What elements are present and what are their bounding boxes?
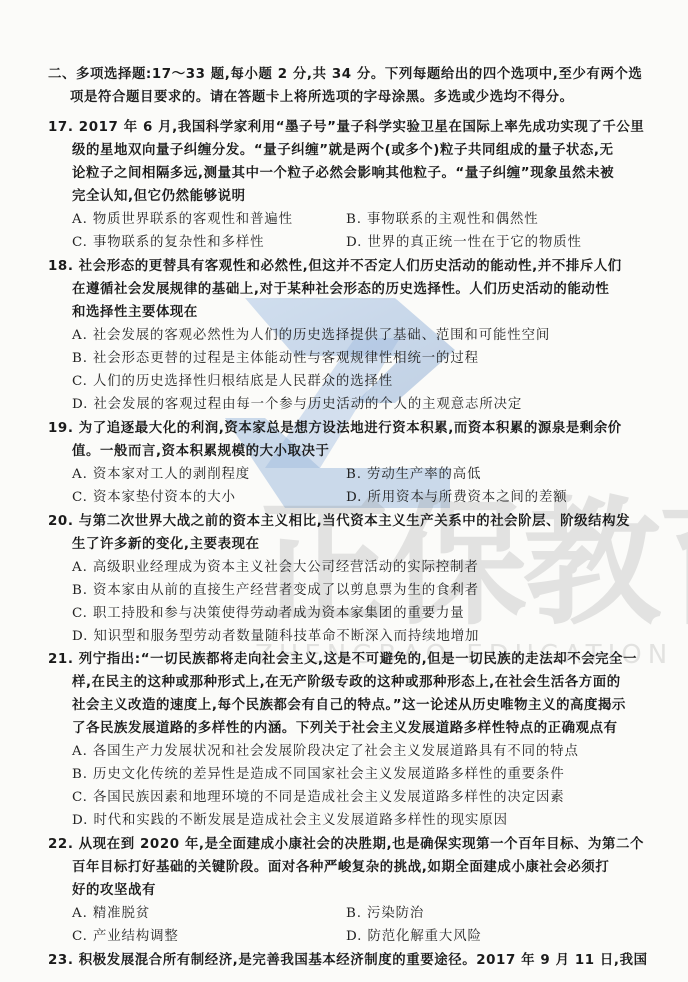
- option-d: D. 所用资本与所费资本之间的差额: [346, 489, 568, 507]
- option-d: D. 世界的真正统一性在于它的物质性: [346, 234, 582, 252]
- question-stem-line: 了各民族发展道路的多样性的内涵。下列关于社会主义发展道路多样性特点的正确观点有: [72, 720, 618, 738]
- option-d: D. 防范化解重大风险: [346, 928, 482, 946]
- question-stem-line: 在遵循社会发展规律的基础上,对于某种社会形态的历史选择性。人们历史活动的能动性: [72, 281, 609, 299]
- option-a: A. 高级职业经理成为资本主义社会大公司经营活动的实际控制者: [72, 559, 479, 577]
- exam-page: 正保教育 ZHENGBAO EDUCATION 二、多项选择题:17～33 题,…: [0, 0, 688, 982]
- question-stem-line: 18. 社会形态的更替具有客观性和必然性,但这并不否定人们历史活动的能动性,并不…: [48, 258, 622, 276]
- section-instructions-line-2: 项是符合题目要求的。请在答题卡上将所选项的字母涂黑。多选或少选均不得分。: [70, 89, 574, 107]
- option-c: C. 各国民族因素和地理环境的不同是造成社会主义发展道路多样性的决定因素: [72, 789, 565, 807]
- option-d: D. 时代和实践的不断发展是造成社会主义发展道路多样性的现实原因: [72, 812, 508, 830]
- option-c: C. 事物联系的复杂性和多样性: [72, 234, 264, 252]
- question-stem-line: 级的星地双向量子纠缠分发。“量子纠缠”就是两个(或多个)粒子共同组成的量子状态,…: [72, 142, 614, 160]
- question-stem-line: 和选择性主要体现在: [72, 304, 198, 322]
- option-b: B. 资本家由从前的直接生产经营者变成了以剪息票为生的食利者: [72, 582, 479, 600]
- question-stem-line: 20. 与第二次世界大战之前的资本主义相比,当代资本主义生产关系中的社会阶层、阶…: [48, 513, 630, 531]
- question-stem-line: 17. 2017 年 6 月,我国科学家利用“墨子号”量子科学实验卫星在国际上率…: [48, 119, 644, 137]
- option-a: A. 物质世界联系的客观性和普遍性: [72, 211, 293, 229]
- option-c: C. 资本家垫付资本的大小: [72, 489, 236, 507]
- option-b: B. 污染防治: [346, 905, 424, 923]
- question-stem-line: 论粒子之间相隔多远,测量其中一个粒子必然会影响其他粒子。“量子纠缠”现象虽然未被: [72, 165, 614, 183]
- question-stem-line: 样,在民主的这种或那种形式上,在无产阶级专政的这种或那种形态上,在社会生活各方面…: [72, 674, 621, 692]
- option-a: A. 资本家对工人的剥削程度: [72, 466, 250, 484]
- option-a: A. 社会发展的客观必然性为人们的历史选择提供了基础、范围和可能性空间: [72, 327, 550, 345]
- question-stem-line: 23. 积极发展混合所有制经济,是完善我国基本经济制度的重要途径。2017 年 …: [48, 952, 648, 970]
- option-c: C. 职工持股和参与决策使得劳动者成为资本家集团的重要力量: [72, 605, 465, 623]
- option-b: B. 历史文化传统的差异性是造成不同国家社会主义发展道路多样性的重要条件: [72, 766, 565, 784]
- question-stem-line: 社会主义改造的速度上,每个民族都会有自己的特点。”这一论述从历史唯物主义的高度揭…: [72, 697, 626, 715]
- question-stem-line: 19. 为了追逐最大化的利润,资本家总是想方设法地进行资本积累,而资本积累的源泉…: [48, 420, 622, 438]
- option-d: D. 社会发展的客观过程由每一个参与历史活动的个人的主观意志所决定: [72, 396, 522, 414]
- question-stem-line: 好的攻坚战有: [72, 882, 156, 900]
- question-stem-line: 21. 列宁指出:“一切民族都将走向社会主义,这是不可避免的,但是一切民族的走法…: [48, 651, 637, 669]
- option-b: B. 事物联系的主观性和偶然性: [346, 211, 539, 229]
- question-stem-line: 生了许多新的变化,主要表现在: [72, 536, 260, 554]
- option-c: C. 产业结构调整: [72, 928, 179, 946]
- question-stem-line: 22. 从现在到 2020 年,是全面建成小康社会的决胜期,也是确保实现第一个百…: [48, 836, 644, 854]
- option-b: B. 社会形态更替的过程是主体能动性与客观规律性相统一的过程: [72, 350, 479, 368]
- option-b: B. 劳动生产率的高低: [346, 466, 481, 484]
- question-stem-line: 百年目标打好基础的关键阶段。面对各种严峻复杂的挑战,如期全面建成小康社会必须打: [72, 859, 609, 877]
- question-stem-line: 完全认知,但它仍然能够说明: [72, 188, 246, 206]
- question-stem-line: 值。一般而言,资本积累规模的大小取决于: [72, 443, 330, 461]
- option-a: A. 各国生产力发展状况和社会发展阶段决定了社会主义发展道路具有不同的特点: [72, 743, 579, 761]
- option-d: D. 知识型和服务型劳动者数量随科技革命不断深入而持续地增加: [72, 628, 479, 646]
- option-a: A. 精准脱贫: [72, 905, 150, 923]
- section-instructions-line-1: 二、多项选择题:17～33 题,每小题 2 分,共 34 分。下列每题给出的四个…: [48, 66, 642, 84]
- option-c: C. 人们的历史选择性归根结底是人民群众的选择性: [72, 373, 393, 391]
